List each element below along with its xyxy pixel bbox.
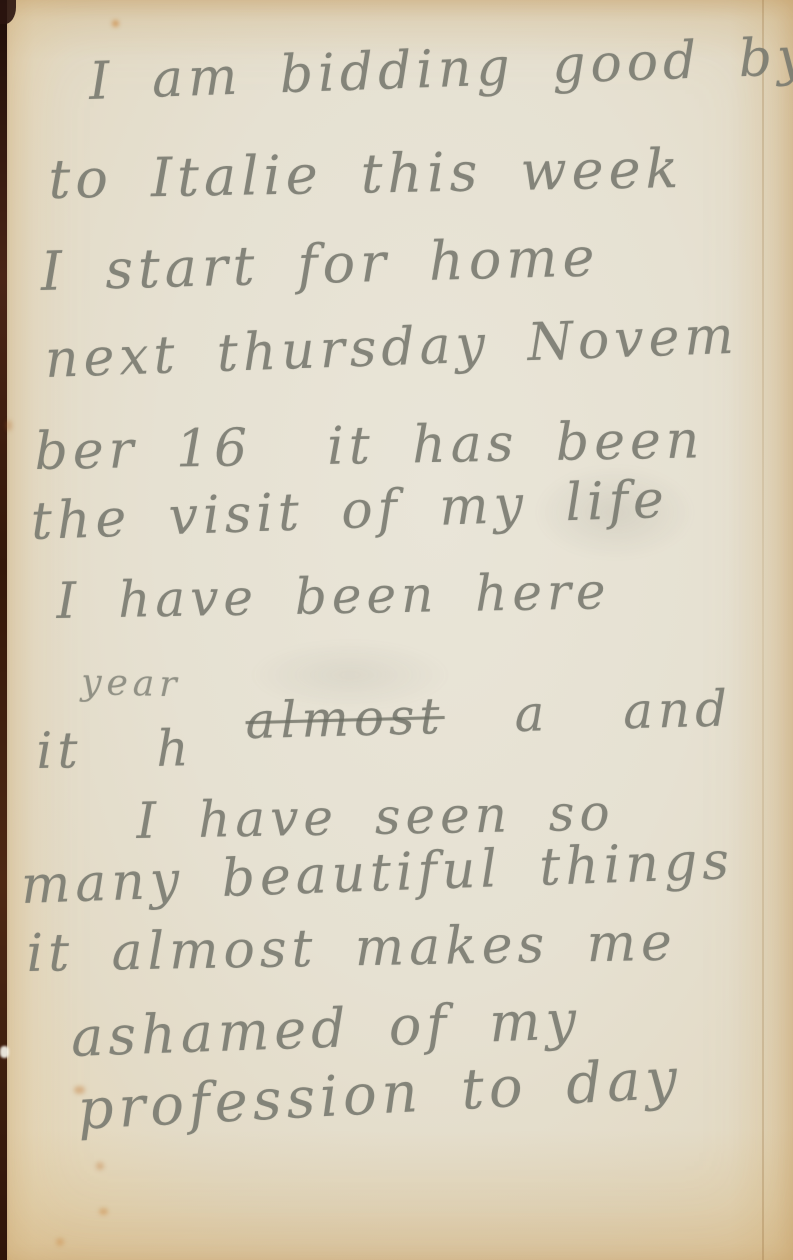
handwriting-overwritten-word: year — [81, 662, 182, 706]
page-crease — [762, 0, 764, 1260]
foxing-stain — [6, 420, 12, 431]
handwriting-line-9: it h — [36, 719, 194, 780]
book-binding-edge — [0, 0, 7, 1260]
handwriting-line-7: I have been here — [56, 562, 611, 630]
foxing-stain — [56, 1238, 64, 1246]
handwriting-struck-word: almost — [245, 687, 446, 750]
handwriting-line-2: to Italie this week — [48, 137, 684, 211]
foxing-stain — [112, 20, 119, 27]
handwriting-line-4: next thursday Novem — [44, 306, 740, 390]
diary-page-photo: I am bidding good by to Italie this week… — [0, 0, 793, 1260]
page-edge-nick — [0, 1046, 9, 1058]
handwriting-line-11: many beautiful things — [20, 831, 735, 916]
handwriting-line-8: almostyeara and — [22, 621, 734, 813]
handwriting-line-8-rest: a and — [514, 679, 733, 743]
handwriting-line-12: it almost makes me — [26, 913, 677, 984]
foxing-stain — [96, 1162, 104, 1170]
foxing-stain — [99, 1208, 108, 1215]
handwriting-line-1: I am bidding good by — [88, 27, 793, 112]
handwriting-line-3: I start for home — [40, 225, 600, 303]
corner-dark-blot — [0, 0, 16, 24]
